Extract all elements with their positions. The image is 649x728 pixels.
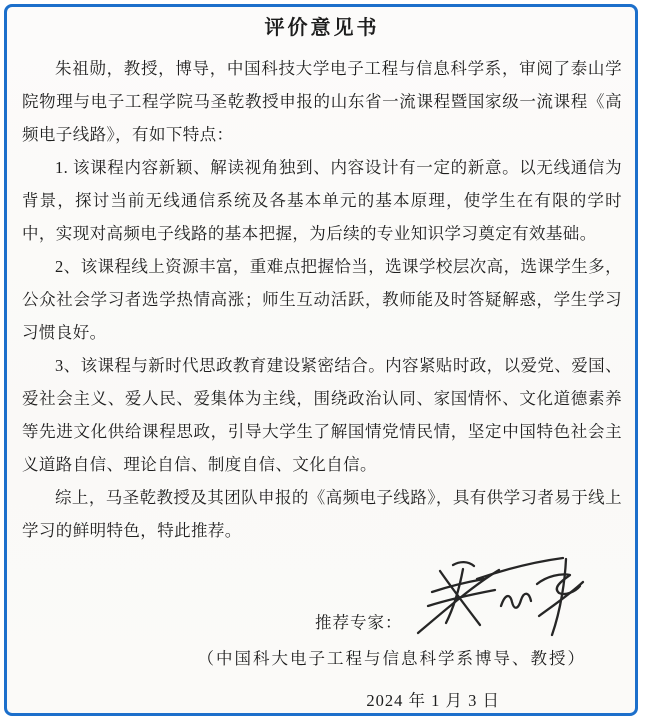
document-page: 评价意见书 朱祖勋，教授，博导，中国科技大学电子工程与信息科学系，审阅了泰山学院… — [4, 4, 638, 716]
paragraph-point-3: 3、该课程与新时代思政教育建设紧密结合。内容紧贴时政，以爱党、爱国、爱社会主义、… — [22, 349, 622, 481]
paragraph-conclusion: 综上，马圣乾教授及其团队申报的《高频电子线路》，具有供学习者易于线上学习的鲜明特… — [22, 481, 622, 547]
paragraph-intro: 朱祖勋，教授，博导，中国科技大学电子工程与信息科学系，审阅了泰山学院物理与电子工… — [22, 52, 622, 151]
document-title: 评价意见书 — [22, 15, 622, 41]
signature-row: 推荐专家： — [22, 547, 622, 647]
paragraph-point-1: 1. 该课程内容新颖、解读视角独到、内容设计有一定的新意。以无线通信为背景，探讨… — [22, 151, 622, 250]
recommender-label: 推荐专家： — [315, 609, 403, 633]
date-line: 2024 年 1 月 3 日 — [22, 689, 622, 713]
affiliation-line: （中国科大电子工程与信息科学系博导、教授） — [22, 647, 622, 671]
document-content: 评价意见书 朱祖勋，教授，博导，中国科技大学电子工程与信息科学系，审阅了泰山学院… — [7, 7, 635, 713]
handwritten-signature-icon — [405, 549, 590, 644]
paragraph-point-2: 2、该课程线上资源丰富，重难点把握恰当，选课学校层次高，选课学生多，公众社会学习… — [22, 250, 622, 349]
